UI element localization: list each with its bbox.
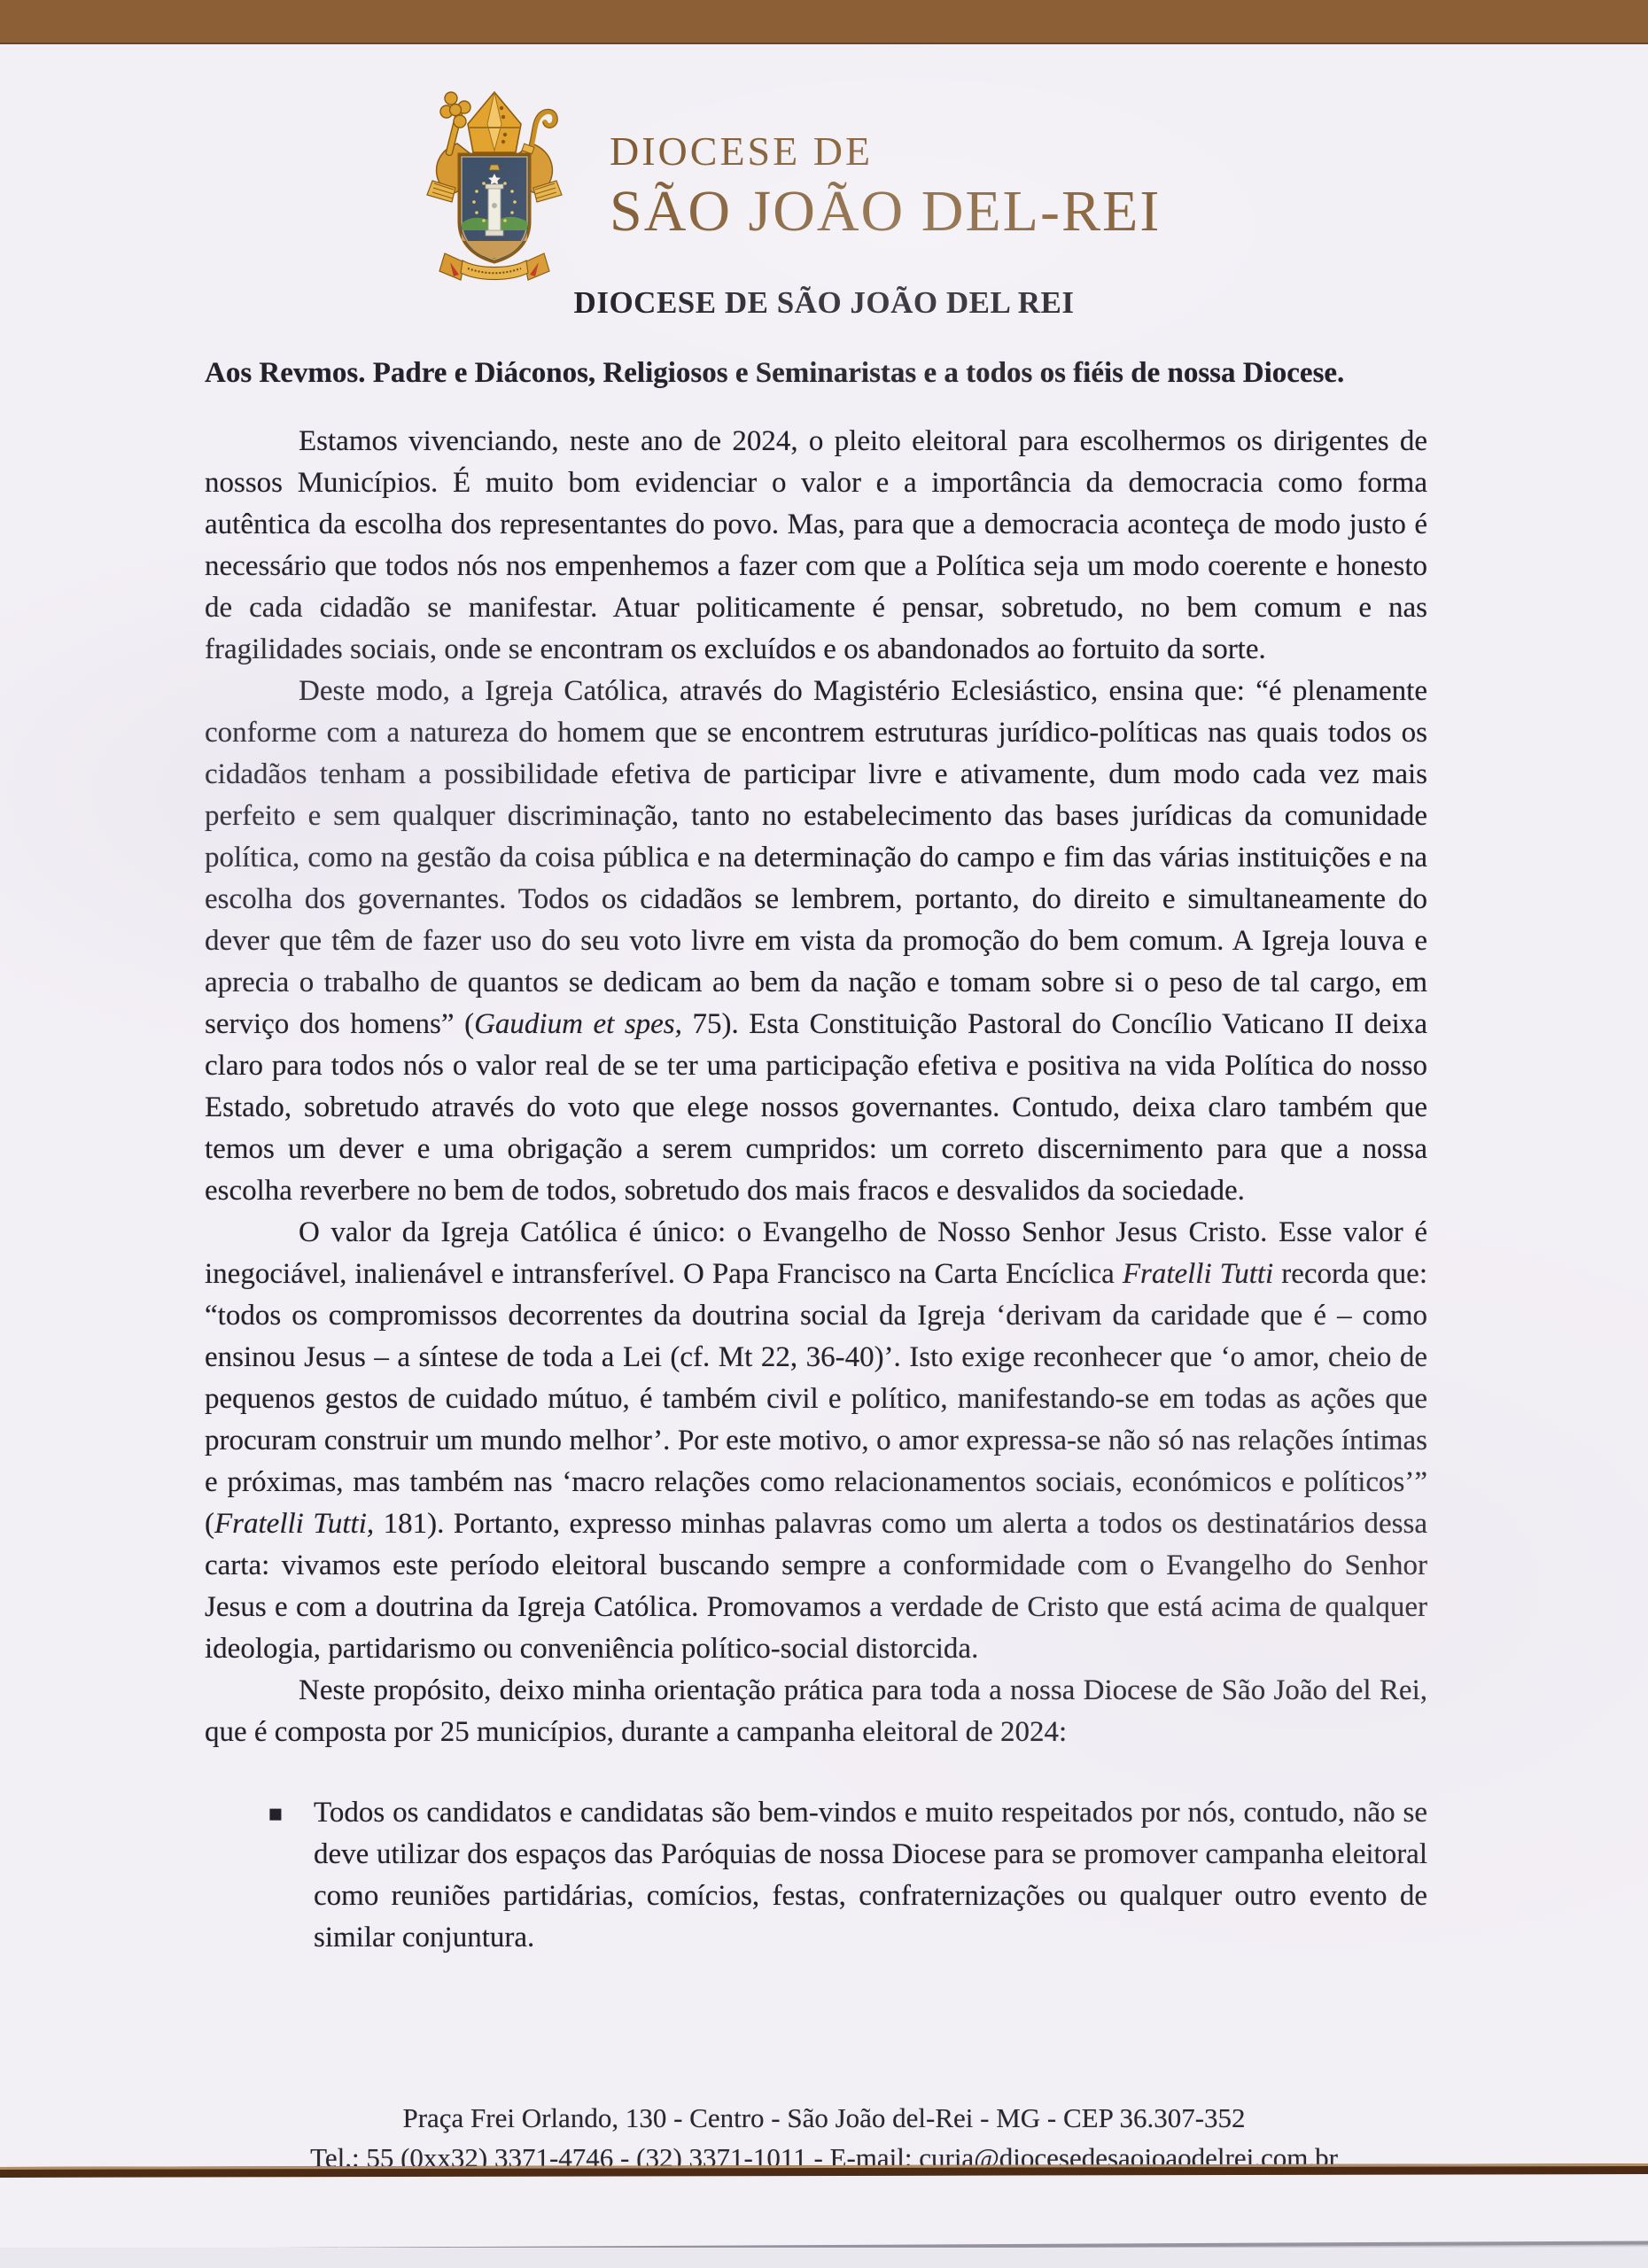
scanner-bed-strip	[0, 2248, 1648, 2268]
list-item: ▪ Todos os candidatos e candidatas são b…	[314, 1792, 1427, 1959]
document-heading: DIOCESE DE SÃO JOÃO DEL REI	[0, 285, 1648, 321]
wordmark: DIOCESE DE SÃO JOÃO DEL-REI	[610, 131, 1161, 241]
list-item-text: Todos os candidatos e candidatas são bem…	[314, 1797, 1427, 1953]
scan-top-band	[0, 0, 1648, 44]
salutation: Aos Revmos. Padre e Diáconos, Religiosos…	[205, 353, 1427, 394]
wordmark-line2: SÃO JOÃO DEL-REI	[610, 183, 1161, 241]
paragraph-1: Estamos vivenciando, neste ano de 2024, …	[205, 421, 1427, 671]
paragraph-4: Neste propósito, deixo minha orientação …	[205, 1670, 1427, 1753]
wordmark-line1: DIOCESE DE	[610, 131, 1161, 172]
footer-address: Praça Frei Orlando, 130 - Centro - São J…	[0, 2098, 1648, 2138]
scanned-letter-page: DIOCESE DE SÃO JOÃO DEL-REI DIOCESE DE S…	[0, 0, 1648, 2268]
bullet-square-icon: ▪	[268, 1793, 284, 1835]
letter-body: Aos Revmos. Padre e Diáconos, Religiosos…	[205, 353, 1427, 1959]
letterhead: DIOCESE DE SÃO JOÃO DEL-REI	[0, 85, 1648, 289]
paragraph-3: O valor da Igreja Católica é único: o Ev…	[205, 1212, 1427, 1670]
bullet-list: ▪ Todos os candidatos e candidatas são b…	[205, 1792, 1427, 1959]
paragraph-2: Deste modo, a Igreja Católica, através d…	[205, 671, 1427, 1212]
diocese-coat-of-arms-icon	[424, 89, 565, 283]
